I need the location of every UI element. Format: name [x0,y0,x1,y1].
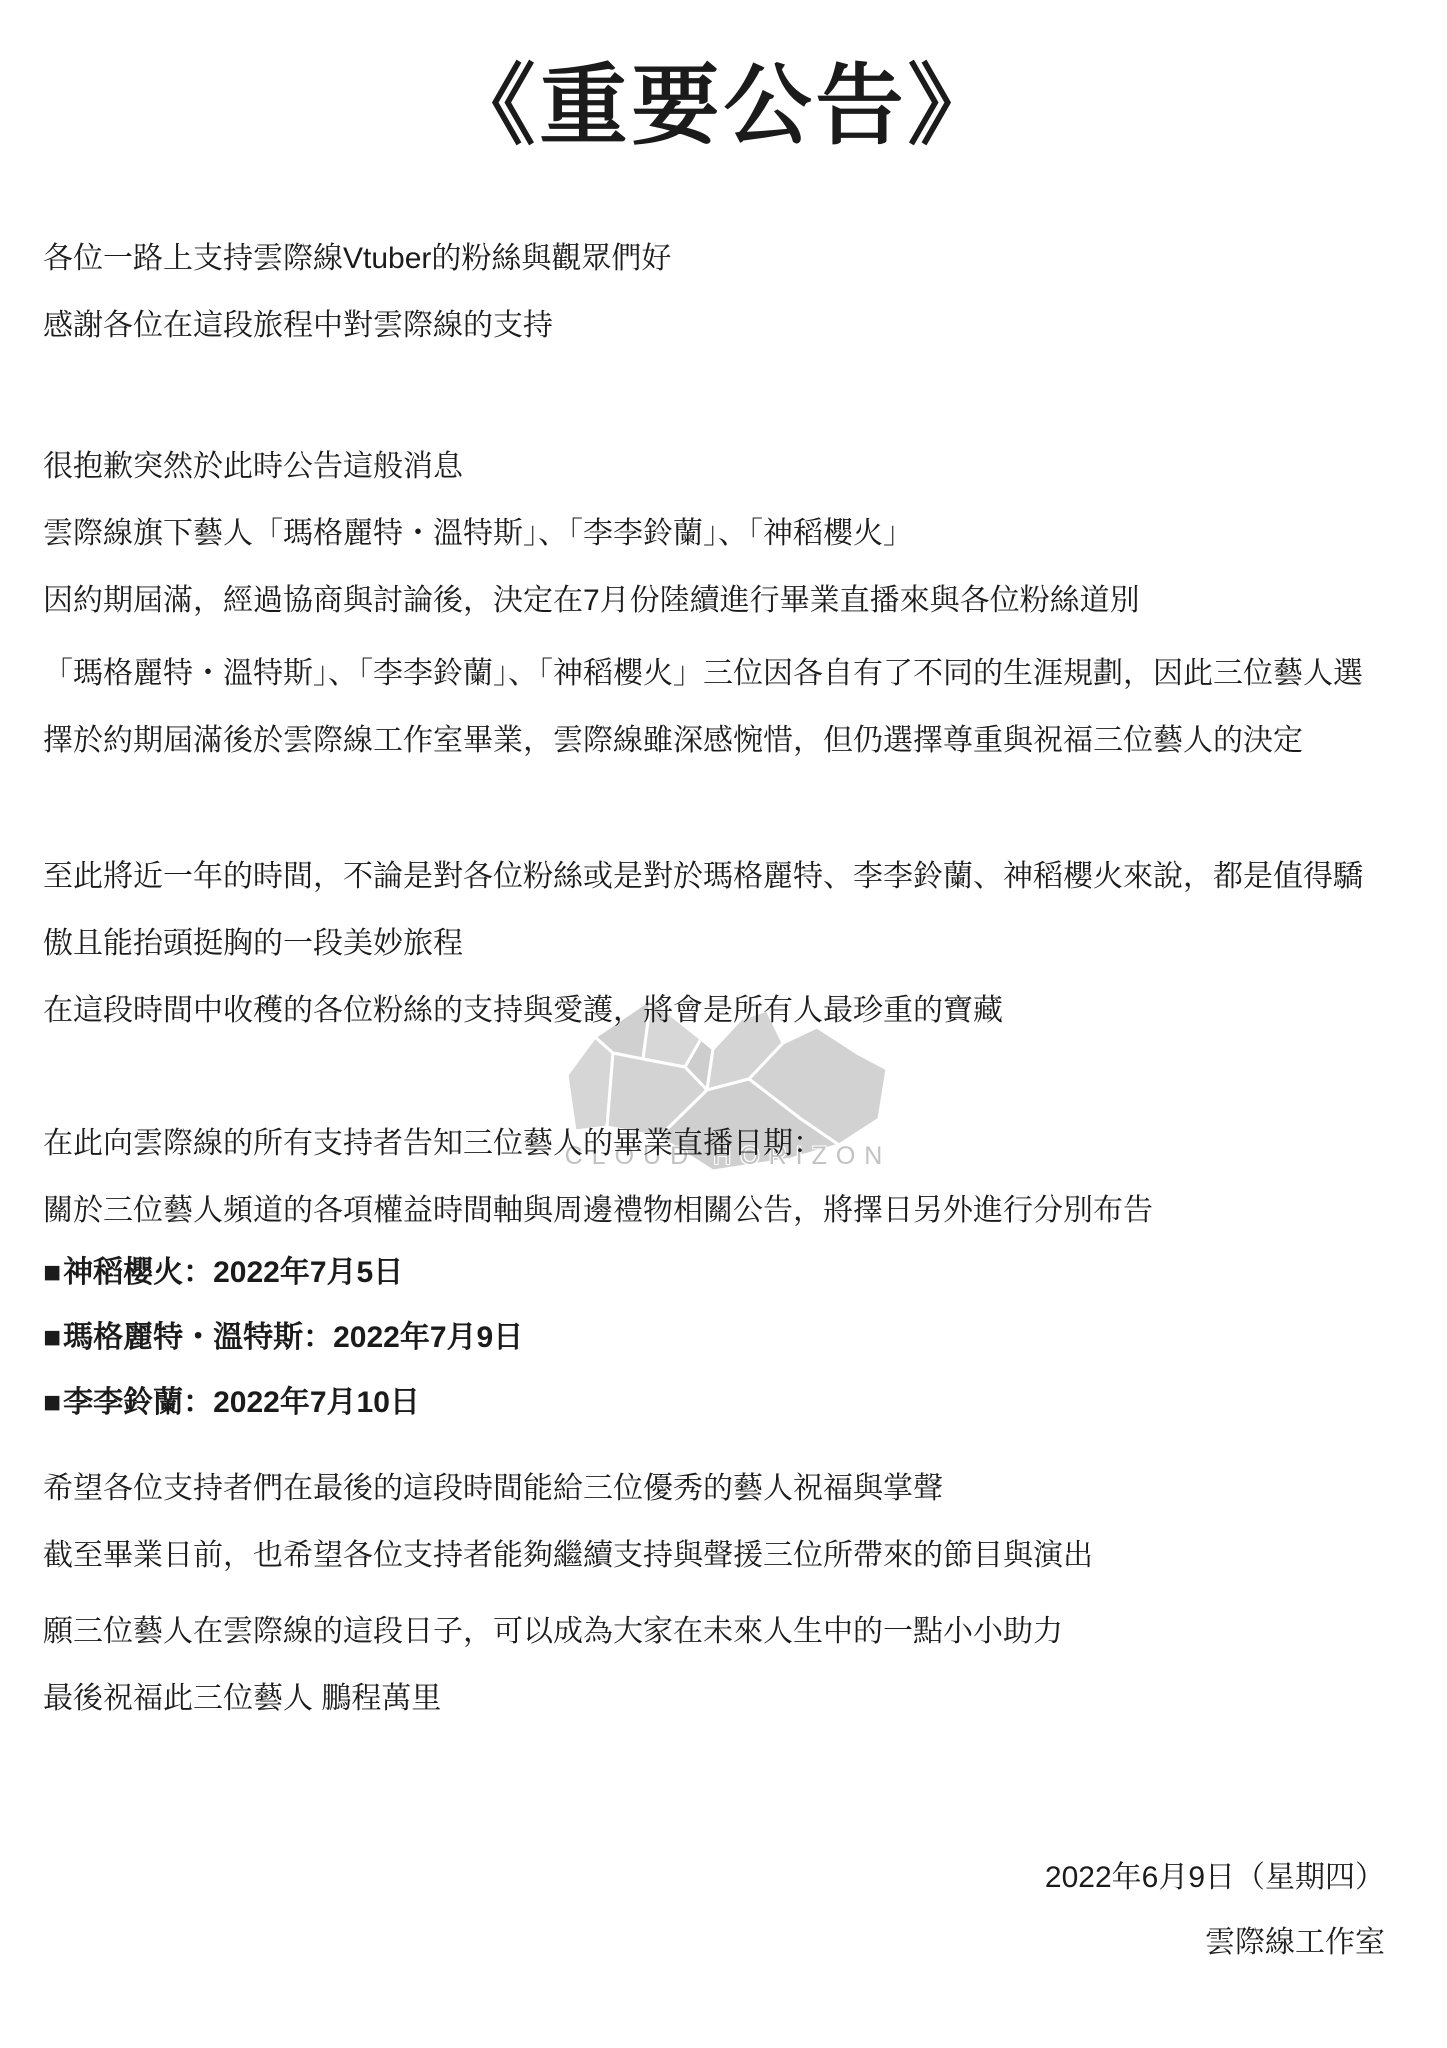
square-bullet-icon: ■ [43,1386,61,1419]
paragraph-announcement: 在此向雲際線的所有支持者告知三位藝人的畢業直播日期： 關於三位藝人頻道的各項權益… [43,1110,1391,1244]
text-line: 在這段時間中收穫的各位粉絲的支持與愛護，將會是所有人最珍重的寶藏 [43,977,1391,1044]
text-line: 至此將近一年的時間，不論是對各位粉絲或是對於瑪格麗特、李李鈴蘭、神稻櫻火來說，都… [43,843,1391,977]
schedule-item: ■瑪格麗特・溫特斯：2022年7月9日 [43,1305,1391,1370]
schedule-item: ■李李鈴蘭：2022年7月10日 [43,1370,1391,1435]
text-line: 各位一路上支持雲際線Vtuber的粉絲與觀眾們好 [43,225,1391,292]
text-line: 因約期屆滿，經過協商與討論後，決定在7月份陸續進行畢業直播來與各位粉絲道別 [43,567,1391,634]
schedule-item-label: 神稻櫻火：2022年7月5日 [63,1256,403,1289]
text-line: 關於三位藝人頻道的各項權益時間軸與周邊禮物相關公告，將擇日另外進行分別布告 [43,1177,1391,1244]
graduation-schedule-list: ■神稻櫻火：2022年7月5日 ■瑪格麗特・溫特斯：2022年7月9日 ■李李鈴… [43,1240,1391,1435]
paragraph-greeting: 各位一路上支持雲際線Vtuber的粉絲與觀眾們好 感謝各位在這段旅程中對雲際線的… [43,225,1391,359]
footer-studio-name: 雲際線工作室 [1045,1910,1385,1975]
text-line: 截至畢業日前，也希望各位支持者能夠繼續支持與聲援三位所帶來的節目與演出 [43,1522,1391,1589]
text-line: 感謝各位在這段旅程中對雲際線的支持 [43,292,1391,359]
announcement-document: CLOUD HORIZON 《重要公告》 各位一路上支持雲際線Vtuber的粉絲… [0,0,1447,2048]
paragraph-support: 希望各位支持者們在最後的這段時間能給三位優秀的藝人祝福與掌聲 截至畢業日前，也希… [43,1455,1391,1589]
paragraph-reflection: 至此將近一年的時間，不論是對各位粉絲或是對於瑪格麗特、李李鈴蘭、神稻櫻火來說，都… [43,843,1391,1044]
square-bullet-icon: ■ [43,1256,61,1289]
text-line: 願三位藝人在雲際線的這段日子，可以成為大家在未來人生中的一點小小助力 [43,1598,1391,1665]
paragraph-apology: 很抱歉突然於此時公告這般消息 雲際線旗下藝人「瑪格麗特・溫特斯」、「李李鈴蘭」、… [43,433,1391,634]
text-line: 「瑪格麗特・溫特斯」、「李李鈴蘭」、「神稻櫻火」三位因各自有了不同的生涯規劃，因… [43,640,1391,774]
schedule-item-label: 瑪格麗特・溫特斯：2022年7月9日 [63,1321,523,1354]
footer-signature: 2022年6月9日（星期四） 雲際線工作室 [1045,1845,1385,1975]
text-line: 希望各位支持者們在最後的這段時間能給三位優秀的藝人祝福與掌聲 [43,1455,1391,1522]
square-bullet-icon: ■ [43,1321,61,1354]
document-title: 《重要公告》 [0,36,1447,162]
text-line: 很抱歉突然於此時公告這般消息 [43,433,1391,500]
footer-date: 2022年6月9日（星期四） [1045,1845,1385,1910]
paragraph-decision: 「瑪格麗特・溫特斯」、「李李鈴蘭」、「神稻櫻火」三位因各自有了不同的生涯規劃，因… [43,640,1391,774]
text-line: 最後祝福此三位藝人 鵬程萬里 [43,1665,1391,1732]
text-line: 雲際線旗下藝人「瑪格麗特・溫特斯」、「李李鈴蘭」、「神稻櫻火」 [43,500,1391,567]
schedule-item-label: 李李鈴蘭：2022年7月10日 [63,1386,420,1419]
text-line: 在此向雲際線的所有支持者告知三位藝人的畢業直播日期： [43,1110,1391,1177]
paragraph-farewell: 願三位藝人在雲際線的這段日子，可以成為大家在未來人生中的一點小小助力 最後祝福此… [43,1598,1391,1732]
schedule-item: ■神稻櫻火：2022年7月5日 [43,1240,1391,1305]
